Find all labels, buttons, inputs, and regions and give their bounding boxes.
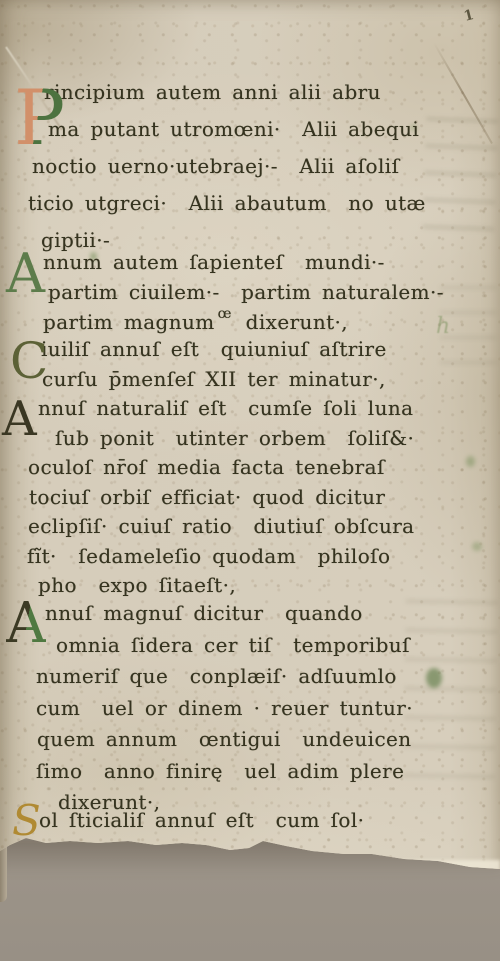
manuscript-line: fĩt· ſedameleſio quodam philoſo — [10, 544, 494, 574]
manuscript-line: ſimo anno finirę uel adim plere — [10, 759, 494, 791]
paragraph-p3: Ciuiliſ annuſ eſt quiuniuſ aſtrirecurſu … — [10, 337, 494, 397]
interlinear-insertion: œ — [218, 306, 232, 322]
paragraph-p4: Annuſ naturaliſ eſt cumſe ſoli lunaſub p… — [10, 396, 494, 603]
manuscript-line: ma putant utromœni· Alii abequi — [10, 117, 494, 154]
manuscript-line: ſub ponit utinter orbem ſoliſ&· — [10, 426, 494, 456]
manuscript-line: ticio utgreci· Alii abautum no utæ — [10, 191, 494, 228]
manuscript-line: partim ciuilem·- partim naturalem·- — [10, 280, 494, 310]
illuminated-initial: A — [2, 398, 37, 441]
manuscript-line: pho expo ſitaeſt·, — [10, 573, 494, 603]
manuscript-line: iuiliſ annuſ eſt quiuniuſ aſtrire — [10, 337, 494, 367]
manuscript-line: eclipſiſ· cuiuſ ratio diutiuſ obſcura — [10, 514, 494, 544]
manuscript-line: curſu p̄menſeſ XII ter minatur·, — [10, 367, 494, 397]
manuscript-page: 1 h Principium autem anni alii abruma pu… — [0, 0, 500, 880]
manuscript-line: oculoſ nr̄oſ media facta tenebraſ — [10, 455, 494, 485]
paragraph-p1: Principium autem anni alii abruma putant… — [10, 80, 494, 265]
manuscript-line: nnuſ naturaliſ eſt cumſe ſoli luna — [10, 396, 494, 426]
illuminated-initial: P — [14, 84, 65, 152]
illuminated-initial: C — [10, 339, 48, 384]
illuminated-initial: S — [12, 802, 41, 840]
manuscript-line: tociuſ orbiſ efficiat· quod dicitur — [10, 485, 494, 515]
manuscript-line: omnia ſidera cer tiſ temporibuſ — [10, 633, 494, 665]
paragraph-p2: Annum autem ſapienteſ mundi·-partim ciui… — [10, 250, 494, 340]
manuscript-line: nnuſ magnuſ dicitur quando — [10, 601, 494, 633]
manuscript-line: partim magnumœ dixerunt·, — [10, 310, 494, 340]
illuminated-initial: A — [6, 250, 45, 299]
manuscript-line: nnum autem ſapienteſ mundi·- — [10, 250, 494, 280]
manuscript-line: quem annum œntigui undeuicen — [10, 727, 494, 759]
photo-backing: 1 h Principium autem anni alii abruma pu… — [0, 0, 500, 961]
paragraph-p6: Sol ſticialiſ annuſ eſt cum ſol· — [10, 808, 494, 838]
manuscript-line: numeriſ que conplæiſ· adſuumlo — [10, 664, 494, 696]
manuscript-line: rincipium autem anni alii abru — [10, 80, 494, 117]
manuscript-line: cum uel or dinem · reuer tuntur· — [10, 696, 494, 728]
manuscript-line: noctio uerno·utebraej·- Alii aſoliſ — [10, 154, 494, 191]
manuscript-line: ol ſticialiſ annuſ eſt cum ſol· — [10, 808, 494, 838]
corner-mark: 1 — [462, 7, 475, 25]
paragraph-p5: Annuſ magnuſ dicitur quandoomnia ſidera … — [10, 601, 494, 822]
illuminated-initial: A — [6, 599, 46, 649]
